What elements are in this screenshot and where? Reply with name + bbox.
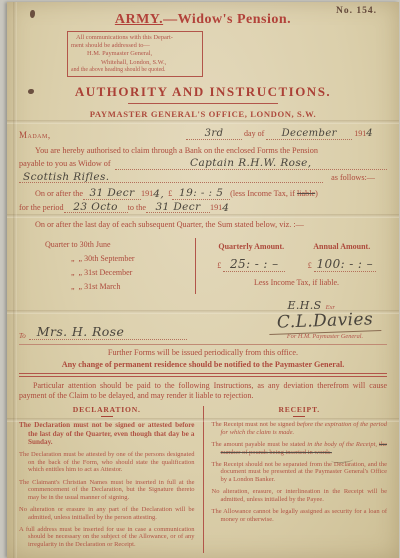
pound-sign: £ [308,261,312,270]
year-handwritten: 4 [366,128,373,139]
quarter-row: Quarter to 30th June [45,238,195,252]
first-payment-line: On or after the 31 Decr 1914, £ 19: - : … [19,188,387,200]
year2-printed: 191 [141,189,153,200]
receipt-section: RECEIPT. The Receipt must not be signed … [204,406,388,554]
addressee-signature-row: To Mrs. H. Rose C.L.Davies For H.M. Paym… [19,311,387,340]
address-line: H.M. Paymaster General, [71,50,199,58]
to-the-label: to the [128,203,146,214]
address-notice-box: All communications with this Depart- men… [67,31,203,77]
horizontal-rule [19,344,387,345]
form-number: No. 154. [336,6,377,16]
authorise-paragraph: You are hereby authorised to claim throu… [19,146,387,156]
salutation-date-row: Madam, 3rd day of December 1914 [19,128,387,140]
declaration-title: DECLARATION. [19,406,195,415]
quarterly-amount: £ 25: - : – [206,257,297,272]
receipt-item: The Receipt should not be separated from… [212,461,388,484]
date-day-handwritten: 3rd [186,128,242,140]
regiment-line: Scottish Rifles. as follows:— [19,172,387,184]
declaration-item: The Declaration must be attested by one … [19,451,195,474]
section-heading: AUTHORITY AND INSTRUCTIONS. [19,84,387,100]
office-line: PAYMASTER GENERAL'S OFFICE, LONDON, S.W. [19,109,387,119]
double-rule [19,373,387,377]
quarterly-amount-handwritten: 25: - : – [223,257,285,272]
less-tax-post: ) [315,189,318,198]
change-residence-line: Any change of permanent residence should… [19,360,387,369]
declaration-item: The Declaration must not be signed or at… [19,421,195,446]
receipt-item1-pre: The Receipt must not be signed [212,421,297,428]
first-date-handwritten: 31 Decr [83,188,141,200]
year2-handwritten: 4, [153,189,164,200]
amount-values: £ 25: - : – £ 100: - : – [206,257,387,272]
widow-of-handwritten: Captain R.H.W. Rose, [115,158,387,170]
title-rest: —Widow's Pension. [163,12,291,27]
less-tax-struck: liable [297,189,315,198]
declaration-section: DECLARATION. The Declaration must not be… [19,406,204,554]
title-army: ARMY. [115,12,163,27]
period-start-handwritten: 23 Octo [64,202,128,214]
receipt-title: RECEIPT. [212,406,388,415]
year-printed: 191 [354,129,366,138]
payable-label: payable to you as Widow of [19,159,111,170]
period-end-handwritten: 31 Decr [146,202,210,214]
receipt-item: The Allowance cannot be legally assigned… [212,508,388,523]
year3-printed: 191 [210,203,222,214]
quarter-row: „ „ 31st December [45,266,195,280]
less-tax-line: Less Income Tax, if liable. [206,278,387,287]
examiner-label: Exr [326,304,335,311]
quarter-row: „ „ 31st March [45,280,195,294]
period-line: for the period 23 Octo to the 31 Decr 19… [19,202,387,214]
quarter-schedule: Quarter to 30th June „ „ 30th September … [19,238,387,294]
instruction-columns: DECLARATION. The Declaration must not be… [19,406,387,554]
address-line: and the above heading should be quoted. [71,67,199,74]
address-line: ment should be addressed to— [71,42,199,50]
title-tick [293,416,305,417]
less-tax-note: (less Income Tax, if liable) [230,189,318,200]
to-label: To [19,332,26,340]
declaration-item: The Claimant's Christian Names must be i… [19,479,195,502]
first-amount-handwritten: 19: - : 5 [172,188,230,200]
attention-paragraph: Particular attention should be paid to t… [19,381,387,401]
document-page: No. 154. ARMY.—Widow's Pension. All comm… [7,2,399,558]
quarter-list: Quarter to 30th June „ „ 30th September … [45,238,196,294]
receipt-item2-italic: in the body of the Receipt, [307,441,379,448]
addressee-handwritten: Mrs. H. Rose [29,324,187,340]
quarterly-amount-header: Quarterly Amount. [206,242,297,251]
examiner-initials: E.H.S Exr [19,296,387,309]
year3-handwritten: 4 [222,203,229,214]
pound-sign: £ [217,261,221,270]
signature-block: C.L.Davies For H.M. Paymaster General. [269,311,381,340]
less-tax-pre: (less Income Tax, if [230,189,297,198]
address-line: All communications with this Depart- [71,34,199,42]
signature-handwritten: C.L.Davies [269,309,382,335]
title-tick [101,416,113,417]
fold-crease [13,2,17,558]
for-period-label: for the period [19,203,64,214]
annual-amount-header: Annual Amount. [297,242,388,251]
subsequent-paragraph: On or after the last day of each subsequ… [19,220,387,230]
regiment-handwritten: Scottish Rifles. [19,172,323,184]
document-title: ARMY.—Widow's Pension. [19,12,387,28]
receipt-item: No alteration, erasure, or interlineatio… [212,488,388,503]
declaration-item: A full address must be inserted for use … [19,526,195,549]
as-follows-label: as follows:— [331,173,375,184]
amounts-panel: Quarterly Amount. Annual Amount. £ 25: -… [196,238,387,294]
payable-line: payable to you as Widow of Captain R.H.W… [19,158,387,170]
receipt-item: The amount payable must be stated in the… [212,441,388,456]
declaration-item: No alteration or erasure in any part of … [19,506,195,521]
receipt-item: The Receipt must not be signed before th… [212,421,388,436]
salutation: Madam, [19,130,51,140]
address-line: Whitehall, London, S.W., [71,59,199,67]
date-block: 3rd day of December 1914 [186,128,373,140]
receipt-item2-pre: The amount payable must be stated [212,441,308,448]
day-of-label: day of [244,129,264,138]
heading-rule [128,103,278,104]
annual-amount-handwritten: 100: - : – [314,257,376,272]
document-scan: No. 154. ARMY.—Widow's Pension. All comm… [0,0,400,558]
date-month-handwritten: December [266,128,352,140]
on-or-after-label: On or after the [35,189,83,200]
fold-crease [7,214,399,218]
quarter-row: „ „ 30th September [45,252,195,266]
fold-crease [7,120,399,124]
amount-headers: Quarterly Amount. Annual Amount. [206,242,387,251]
further-forms-line: Further Forms will be issued periodicall… [19,348,387,357]
annual-amount: £ 100: - : – [297,257,388,272]
